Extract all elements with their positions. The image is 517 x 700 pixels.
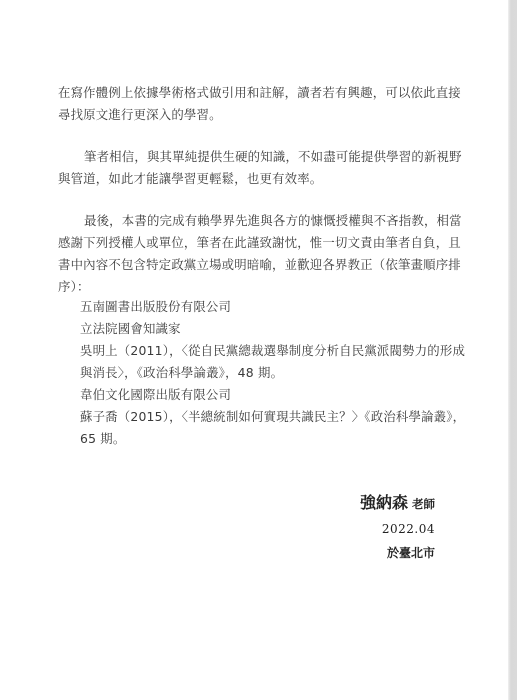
author-title: 老師 xyxy=(412,497,435,511)
acknowledgement-item: 韋伯文化國際出版有限公司 xyxy=(80,384,470,406)
acknowledgement-item: 吳明上（2011），〈從自民黨總裁選舉制度分析自民黨派閥勢力的形成與消長〉，《政… xyxy=(80,340,470,384)
page-edge-shadow xyxy=(508,0,517,700)
acknowledgement-item: 蘇子喬（2015），〈半總統制如何實現共識民主？〉《政治科學論叢》，65 期。 xyxy=(80,406,470,450)
document-page: 在寫作體例上依據學術格式做引用和註解，讀者若有興趣，可以依此直接尋找原文進行更深… xyxy=(0,0,508,700)
paragraph-acknowledgement-intro: 最後，本書的完成有賴學界先進與各方的慷慨授權與不吝指教，相當感謝下列授權人或單位… xyxy=(58,210,464,298)
paragraph-author-belief: 筆者相信，與其單純提供生硬的知識，不如盡可能提供學習的新視野與管道，如此才能讓學… xyxy=(58,146,464,190)
signature-place: 於臺北市 xyxy=(360,541,435,565)
signature-block: 強納森老師 2022.04 於臺北市 xyxy=(360,490,435,565)
acknowledgement-item: 立法院國會知識家 xyxy=(80,318,470,340)
acknowledgement-item: 五南圖書出版股份有限公司 xyxy=(80,296,470,318)
author-name: 強納森 xyxy=(360,493,408,512)
acknowledgement-list: 五南圖書出版股份有限公司 立法院國會知識家 吳明上（2011），〈從自民黨總裁選… xyxy=(80,296,470,450)
author-name-line: 強納森老師 xyxy=(360,490,435,517)
signature-date: 2022.04 xyxy=(360,517,435,541)
paragraph-citation-note: 在寫作體例上依據學術格式做引用和註解，讀者若有興趣，可以依此直接尋找原文進行更深… xyxy=(58,82,464,126)
